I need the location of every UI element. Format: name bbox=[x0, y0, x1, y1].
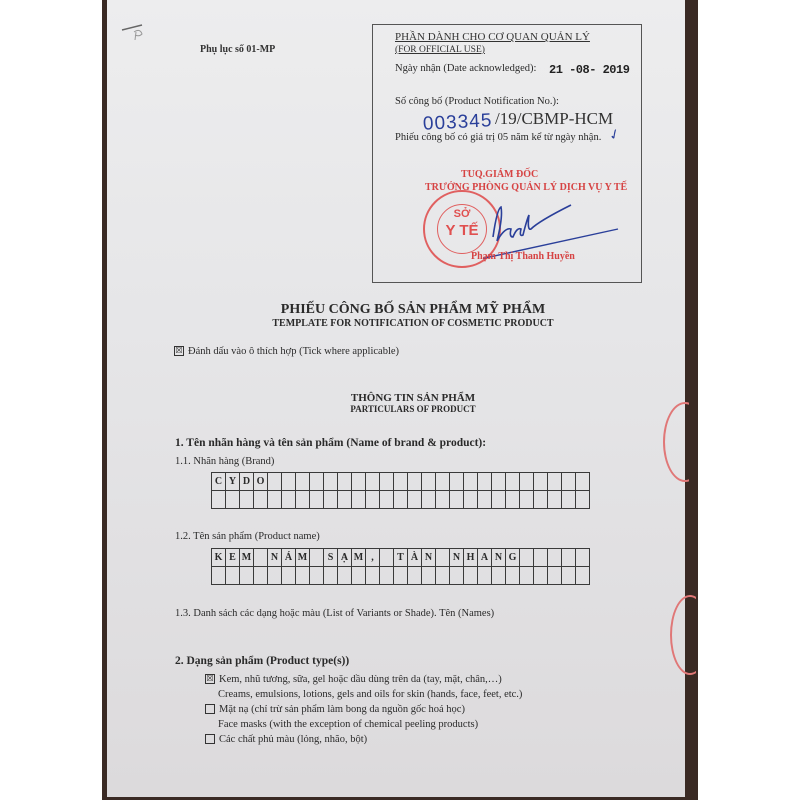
grid-cell[interactable] bbox=[576, 491, 590, 509]
grid-cell[interactable] bbox=[380, 473, 394, 491]
partial-stamp-icon bbox=[663, 402, 707, 482]
grid-cell[interactable] bbox=[296, 473, 310, 491]
annex-label: Phụ lục số 01-MP bbox=[200, 44, 275, 55]
grid-cell[interactable] bbox=[268, 473, 282, 491]
grid-cell[interactable] bbox=[562, 473, 576, 491]
grid-cell[interactable]: T bbox=[394, 549, 408, 567]
option-label-vi: Mặt nạ (chỉ trừ sản phẩm làm bong da ngu… bbox=[219, 704, 465, 715]
product-grid-row bbox=[212, 567, 590, 585]
validity-note: Phiếu công bố có giá trị 05 năm kể từ ng… bbox=[395, 132, 601, 143]
form-title-vi: PHIẾU CÔNG BỐ SẢN PHẨM MỸ PHẨM bbox=[0, 302, 800, 318]
grid-cell[interactable] bbox=[282, 567, 296, 585]
grid-cell[interactable] bbox=[366, 567, 380, 585]
grid-cell[interactable] bbox=[212, 491, 226, 509]
product-name-grid[interactable]: KEMNÁMSẠM,TÀNNHANG bbox=[211, 548, 590, 585]
grid-cell[interactable]: N bbox=[450, 549, 464, 567]
date-label: Ngày nhận (Date acknowledged): bbox=[395, 63, 536, 74]
grid-cell[interactable] bbox=[548, 473, 562, 491]
grid-cell[interactable] bbox=[338, 491, 352, 509]
grid-cell[interactable] bbox=[548, 491, 562, 509]
grid-cell[interactable] bbox=[324, 491, 338, 509]
grid-cell[interactable]: M bbox=[296, 549, 310, 567]
option-label-en: Creams, emulsions, lotions, gels and oil… bbox=[218, 689, 522, 700]
grid-cell[interactable] bbox=[520, 549, 534, 567]
grid-cell[interactable] bbox=[506, 567, 520, 585]
grid-cell[interactable] bbox=[212, 567, 226, 585]
grid-cell[interactable] bbox=[310, 549, 324, 567]
grid-cell[interactable] bbox=[240, 567, 254, 585]
grid-cell[interactable] bbox=[254, 491, 268, 509]
grid-cell[interactable] bbox=[352, 567, 366, 585]
grid-cell[interactable] bbox=[562, 549, 576, 567]
checked-box-icon: ☒ bbox=[174, 346, 184, 356]
grid-cell[interactable] bbox=[422, 567, 436, 585]
grid-cell[interactable] bbox=[464, 567, 478, 585]
grid-cell[interactable]: M bbox=[240, 549, 254, 567]
grid-cell[interactable] bbox=[408, 491, 422, 509]
grid-cell[interactable] bbox=[366, 491, 380, 509]
official-heading-vi: PHẦN DÀNH CHO CƠ QUAN QUẢN LÝ bbox=[395, 31, 590, 43]
grid-cell[interactable] bbox=[268, 567, 282, 585]
product-grid-row: KEMNÁMSẠM,TÀNNHANG bbox=[212, 549, 590, 567]
grid-cell[interactable] bbox=[254, 567, 268, 585]
official-heading-en: (FOR OFFICIAL USE) bbox=[395, 45, 485, 55]
product-name-label: 1.2. Tên sản phẩm (Product name) bbox=[175, 531, 320, 542]
grid-cell[interactable]: À bbox=[408, 549, 422, 567]
handwritten-mark-icon bbox=[120, 22, 160, 42]
grid-cell[interactable] bbox=[450, 491, 464, 509]
grid-cell[interactable]: Á bbox=[282, 549, 296, 567]
grid-cell[interactable] bbox=[296, 491, 310, 509]
grid-cell[interactable]: K bbox=[212, 549, 226, 567]
grid-cell[interactable] bbox=[380, 567, 394, 585]
grid-cell[interactable] bbox=[226, 567, 240, 585]
grid-cell[interactable] bbox=[548, 549, 562, 567]
brand-label: 1.1. Nhãn hàng (Brand) bbox=[175, 456, 274, 467]
grid-cell[interactable] bbox=[534, 567, 548, 585]
grid-cell[interactable]: G bbox=[506, 549, 520, 567]
grid-cell[interactable] bbox=[310, 491, 324, 509]
option-label-vi: Các chất phủ màu (lỏng, nhão, bột) bbox=[219, 734, 367, 745]
grid-cell[interactable]: , bbox=[366, 549, 380, 567]
grid-cell[interactable]: D bbox=[240, 473, 254, 491]
grid-cell[interactable] bbox=[310, 567, 324, 585]
grid-cell[interactable] bbox=[520, 491, 534, 509]
grid-cell[interactable]: N bbox=[268, 549, 282, 567]
grid-cell[interactable]: Ạ bbox=[338, 549, 352, 567]
signer-name: Phạm Thị Thanh Huyền bbox=[471, 251, 575, 262]
grid-cell[interactable] bbox=[450, 473, 464, 491]
grid-cell[interactable]: Y bbox=[226, 473, 240, 491]
grid-cell[interactable] bbox=[450, 567, 464, 585]
official-use-box: PHẦN DÀNH CHO CƠ QUAN QUẢN LÝ (FOR OFFIC… bbox=[372, 24, 642, 283]
grid-cell[interactable] bbox=[478, 473, 492, 491]
grid-cell[interactable] bbox=[562, 491, 576, 509]
grid-cell[interactable] bbox=[352, 473, 366, 491]
grid-cell[interactable] bbox=[282, 491, 296, 509]
grid-cell[interactable] bbox=[422, 491, 436, 509]
grid-cell[interactable] bbox=[310, 473, 324, 491]
grid-cell[interactable] bbox=[492, 491, 506, 509]
notification-label: Số công bố (Product Notification No.): bbox=[395, 96, 559, 107]
grid-cell[interactable] bbox=[268, 491, 282, 509]
grid-cell[interactable] bbox=[576, 567, 590, 585]
grid-cell[interactable] bbox=[240, 491, 254, 509]
grid-cell[interactable] bbox=[478, 491, 492, 509]
grid-cell[interactable] bbox=[506, 473, 520, 491]
grid-cell[interactable]: H bbox=[464, 549, 478, 567]
grid-cell[interactable] bbox=[576, 549, 590, 567]
tick-instruction: ☒Đánh dấu vào ô thích hợp (Tick where ap… bbox=[174, 346, 399, 357]
brand-grid-row: CYDO bbox=[212, 473, 590, 491]
grid-cell[interactable] bbox=[324, 567, 338, 585]
checkbox-face-masks[interactable] bbox=[205, 704, 215, 714]
grid-cell[interactable] bbox=[380, 491, 394, 509]
q1-heading: 1. Tên nhãn hàng và tên sản phẩm (Name o… bbox=[175, 437, 486, 449]
option-label-en: Face masks (with the exception of chemic… bbox=[218, 719, 478, 730]
tick-mark-icon: ✓ bbox=[606, 125, 623, 144]
grid-cell[interactable] bbox=[394, 473, 408, 491]
grid-cell[interactable]: C bbox=[212, 473, 226, 491]
grid-cell[interactable]: A bbox=[478, 549, 492, 567]
grid-cell[interactable] bbox=[520, 567, 534, 585]
brand-grid[interactable]: CYDO bbox=[211, 472, 590, 509]
grid-cell[interactable]: O bbox=[254, 473, 268, 491]
grid-cell[interactable]: E bbox=[226, 549, 240, 567]
product-type-option[interactable]: Các chất phủ màu (lỏng, nhão, bột) bbox=[205, 734, 367, 745]
grid-cell[interactable] bbox=[562, 567, 576, 585]
grid-cell[interactable] bbox=[394, 567, 408, 585]
grid-cell[interactable] bbox=[492, 473, 506, 491]
q2-heading: 2. Dạng sản phẩm (Product type(s)) bbox=[175, 655, 349, 667]
grid-cell[interactable] bbox=[254, 549, 268, 567]
grid-cell[interactable] bbox=[408, 567, 422, 585]
grid-cell[interactable] bbox=[478, 567, 492, 585]
notification-suffix: /19/CBMP-HCM bbox=[495, 109, 613, 129]
grid-cell[interactable] bbox=[324, 473, 338, 491]
grid-cell[interactable] bbox=[520, 473, 534, 491]
grid-cell[interactable] bbox=[436, 567, 450, 585]
grid-cell[interactable] bbox=[394, 491, 408, 509]
grid-cell[interactable] bbox=[436, 549, 450, 567]
variants-label: 1.3. Danh sách các dạng hoặc màu (List o… bbox=[175, 608, 494, 619]
grid-cell[interactable] bbox=[576, 473, 590, 491]
grid-cell[interactable] bbox=[296, 567, 310, 585]
grid-cell[interactable] bbox=[352, 491, 366, 509]
grid-cell[interactable] bbox=[338, 473, 352, 491]
grid-cell[interactable]: N bbox=[422, 549, 436, 567]
checkbox-creams[interactable]: ☒ bbox=[205, 674, 215, 684]
date-acknowledged: 21 -08- 2019 bbox=[549, 63, 629, 77]
grid-cell[interactable] bbox=[408, 473, 422, 491]
grid-cell[interactable] bbox=[464, 473, 478, 491]
tick-instruction-text: Đánh dấu vào ô thích hợp (Tick where app… bbox=[188, 346, 399, 357]
form-title-en: TEMPLATE FOR NOTIFICATION OF COSMETIC PR… bbox=[0, 318, 800, 329]
grid-cell[interactable] bbox=[338, 567, 352, 585]
grid-cell[interactable] bbox=[226, 491, 240, 509]
grid-cell[interactable]: M bbox=[352, 549, 366, 567]
grid-cell[interactable] bbox=[436, 473, 450, 491]
grid-cell[interactable]: S bbox=[324, 549, 338, 567]
grid-cell[interactable] bbox=[436, 491, 450, 509]
grid-cell[interactable] bbox=[380, 549, 394, 567]
grid-cell[interactable] bbox=[282, 473, 296, 491]
option-label-vi: Kem, nhũ tương, sữa, gel hoặc dầu dùng t… bbox=[219, 674, 502, 685]
partial-stamp-icon bbox=[670, 595, 710, 675]
grid-cell[interactable] bbox=[534, 473, 548, 491]
grid-cell[interactable] bbox=[534, 549, 548, 567]
grid-cell[interactable]: N bbox=[492, 549, 506, 567]
signer-title-1: TUQ.GIÁM ĐỐC bbox=[461, 169, 538, 180]
product-type-option[interactable]: Mặt nạ (chỉ trừ sản phẩm làm bong da ngu… bbox=[205, 704, 465, 715]
grid-cell[interactable] bbox=[506, 491, 520, 509]
grid-cell[interactable] bbox=[464, 491, 478, 509]
grid-cell[interactable] bbox=[548, 567, 562, 585]
grid-cell[interactable] bbox=[366, 473, 380, 491]
brand-grid-row bbox=[212, 491, 590, 509]
grid-cell[interactable] bbox=[492, 567, 506, 585]
grid-cell[interactable] bbox=[422, 473, 436, 491]
checkbox-colour-coatings[interactable] bbox=[205, 734, 215, 744]
product-type-option[interactable]: ☒Kem, nhũ tương, sữa, gel hoặc dầu dùng … bbox=[205, 674, 502, 685]
grid-cell[interactable] bbox=[534, 491, 548, 509]
